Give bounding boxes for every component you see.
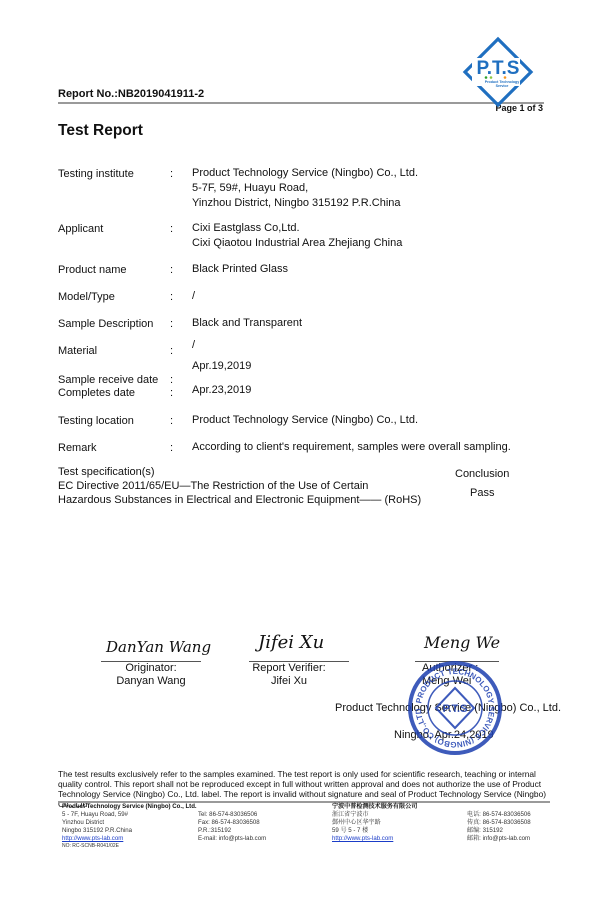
footer-postcode: 邮编: 315192 bbox=[467, 827, 531, 835]
field-value-line: Yinzhou District, Ningbo 315192 P.R.Chin… bbox=[192, 196, 418, 211]
field-label: Material bbox=[58, 345, 97, 357]
footer-address-line: 鄞州中心区华宇路 bbox=[332, 819, 417, 827]
report-number: Report No.:NB2019041911-2 bbox=[58, 88, 204, 100]
conclusion-value: Pass bbox=[470, 487, 494, 499]
field-value: Apr.23,2019 bbox=[192, 383, 251, 398]
footer-company-cn: 宁波中普检测技术服务有限公司 bbox=[332, 803, 417, 810]
field-value: Black and Transparent bbox=[192, 316, 302, 331]
field-colon: : bbox=[170, 264, 173, 276]
field-colon: : bbox=[170, 318, 173, 330]
footer-en-contact: Tel: 86-574-83036506 Fax: 86-574-8303650… bbox=[198, 811, 266, 843]
field-colon: : bbox=[170, 345, 173, 357]
footer-address-line: 59 号 5 - 7 楼 bbox=[332, 827, 417, 835]
field-label: Product name bbox=[58, 264, 126, 276]
footer-cn-address: 宁波中普检测技术服务有限公司 浙江省宁波市 鄞州中心区华宇路 59 号 5 - … bbox=[332, 803, 417, 843]
verifier-signature: Jifei Xu bbox=[258, 632, 324, 653]
field-colon: : bbox=[170, 415, 173, 427]
field-colon: : bbox=[170, 291, 173, 303]
field-value: Product Technology Service (Ningbo) Co.,… bbox=[192, 166, 418, 211]
footer-website-link[interactable]: http://www.pts-lab.com bbox=[62, 835, 123, 842]
svg-text:P.T.S: P.T.S bbox=[443, 703, 468, 715]
field-value-line: Black Printed Glass bbox=[192, 262, 288, 277]
company-seal-icon: PRODUCT TECHNOLOGY SERVICE (NINGBO) CO.,… bbox=[407, 660, 503, 756]
field-value-line: According to client's requirement, sampl… bbox=[192, 440, 511, 455]
field-label: Testing institute bbox=[58, 168, 134, 180]
footer-email: E-mail: info@pts-lab.com bbox=[198, 835, 266, 843]
footer-address-line: 5 - 7F, Huayu Road, 59# bbox=[62, 811, 197, 819]
field-value-line: / bbox=[192, 289, 195, 304]
svg-text:Service: Service bbox=[496, 84, 509, 88]
footer-en-address: Product Technology Service (Ningbo) Co.,… bbox=[62, 803, 197, 849]
field-label: Completes date bbox=[58, 387, 135, 399]
footer-fax: 传真: 86-574-83036508 bbox=[467, 819, 531, 827]
originator-signature: DanYan Wang bbox=[106, 638, 211, 656]
originator-name: Danyan Wang bbox=[101, 675, 201, 687]
spec-text: EC Directive 2011/65/EU—The Restriction … bbox=[58, 480, 421, 507]
field-value-line: Apr.23,2019 bbox=[192, 383, 251, 398]
footer-email: 邮箱: info@pts-lab.com bbox=[467, 835, 531, 843]
conclusion-heading: Conclusion bbox=[455, 468, 509, 480]
footer-postcode: P.R.:315192 bbox=[198, 827, 266, 835]
spec-heading: Test specification(s) bbox=[58, 466, 155, 478]
pts-logo-icon: P.T.S Product Technology Service bbox=[462, 36, 534, 108]
footer-tel: 电话: 86-574-83036506 bbox=[467, 811, 531, 819]
footer-address-line: Ningbo 315192 P.R.China bbox=[62, 827, 197, 835]
field-colon: : bbox=[170, 387, 173, 399]
field-value-line: Apr.19,2019 bbox=[192, 359, 251, 374]
field-colon: : bbox=[170, 442, 173, 454]
spec-line: EC Directive 2011/65/EU—The Restriction … bbox=[58, 480, 421, 494]
footer-address-line: Yinzhou District bbox=[62, 819, 197, 827]
field-colon: : bbox=[170, 374, 173, 386]
footer-website-link-cn[interactable]: http://www.pts-lab.com bbox=[332, 835, 393, 842]
field-value-line: Cixi Qiaotou Industrial Area Zhejiang Ch… bbox=[192, 236, 402, 251]
verifier-name: Jifei Xu bbox=[249, 675, 329, 687]
footer-tel: Tel: 86-574-83036506 bbox=[198, 811, 266, 819]
footer-doc-number: NO: RC-SCNB-R041/02E bbox=[62, 843, 197, 849]
verifier-role: Report Verifier: bbox=[249, 662, 329, 674]
field-value-line: Black and Transparent bbox=[192, 316, 302, 331]
spec-line: Hazardous Substances in Electrical and E… bbox=[58, 494, 421, 508]
footer-address-line: 浙江省宁波市 bbox=[332, 811, 417, 819]
authorizer-signature: Meng We bbox=[424, 633, 500, 652]
field-value: / bbox=[192, 289, 195, 304]
field-value-line: / bbox=[192, 338, 195, 353]
field-label: Testing location bbox=[58, 415, 134, 427]
footer-company: Product Technology Service (Ningbo) Co.,… bbox=[62, 803, 197, 810]
footer-fax: Fax: 86-574-83036508 bbox=[198, 819, 266, 827]
field-label: Model/Type bbox=[58, 291, 115, 303]
page-title: Test Report bbox=[58, 122, 143, 140]
field-value-line: 5-7F, 59#, Huayu Road, bbox=[192, 181, 418, 196]
footer-cn-contact: 电话: 86-574-83036506 传真: 86-574-83036508 … bbox=[467, 811, 531, 843]
field-value-line: Product Technology Service (Ningbo) Co.,… bbox=[192, 166, 418, 181]
field-value-line: Cixi Eastglass Co,Ltd. bbox=[192, 221, 402, 236]
field-value: Black Printed Glass bbox=[192, 262, 288, 277]
field-value: According to client's requirement, sampl… bbox=[192, 440, 511, 455]
field-label: Sample Description bbox=[58, 318, 153, 330]
svg-text:P.T.S: P.T.S bbox=[477, 58, 520, 79]
field-colon: : bbox=[170, 168, 173, 180]
field-colon: : bbox=[170, 223, 173, 235]
field-label: Remark bbox=[58, 442, 97, 454]
field-value: Product Technology Service (Ningbo) Co.,… bbox=[192, 413, 418, 428]
field-label: Sample receive date bbox=[58, 374, 158, 386]
field-label: Applicant bbox=[58, 223, 103, 235]
field-value: Cixi Eastglass Co,Ltd.Cixi Qiaotou Indus… bbox=[192, 221, 402, 251]
field-value-line: Product Technology Service (Ningbo) Co.,… bbox=[192, 413, 418, 428]
field-value: Apr.19,2019 bbox=[192, 359, 251, 374]
field-value: / bbox=[192, 338, 195, 353]
originator-role: Originator: bbox=[101, 662, 201, 674]
